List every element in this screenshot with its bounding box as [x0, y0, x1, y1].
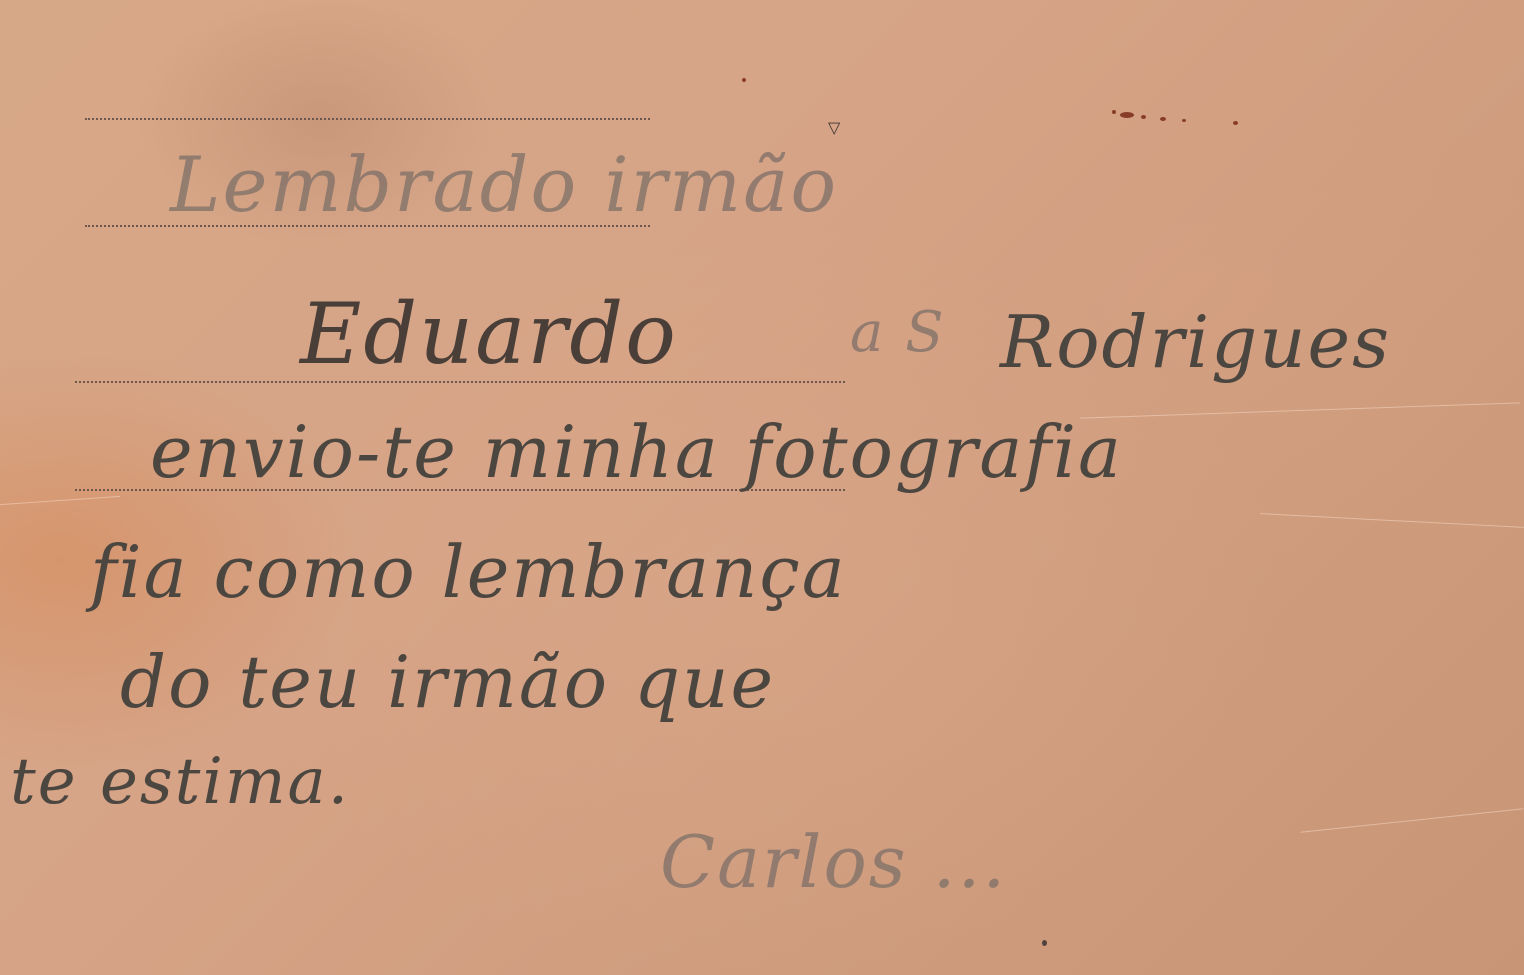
recipient-last-name: Rodrigues: [1000, 300, 1391, 384]
paper-crease: [1080, 402, 1520, 418]
ink-stain: [1120, 112, 1134, 118]
recipient-initial: a S: [850, 300, 946, 365]
ink-stain: [742, 78, 746, 82]
ink-stain: [1182, 119, 1186, 122]
ink-stain: [1141, 115, 1146, 119]
message-line-1: envio-te minha fotografia: [150, 410, 1123, 494]
message-line-3: do teu irmão que: [120, 640, 775, 724]
salutation-text: Lembrado irmão: [170, 140, 838, 229]
ink-stain: [1042, 940, 1047, 946]
message-line-4: te estima.: [10, 745, 350, 819]
ink-stain: [1160, 117, 1166, 121]
paper-crease: [1260, 513, 1524, 528]
address-line-1: [85, 118, 650, 120]
printed-triangle-mark: ▽: [828, 118, 840, 137]
message-line-2: fia como lembrança: [90, 530, 847, 614]
postcard-back: ▽ Lembrado irmão Eduardo a S Rodrigues e…: [0, 0, 1524, 975]
paper-crease: [0, 496, 120, 505]
paper-crease: [1301, 808, 1524, 832]
ink-stain: [1233, 121, 1238, 125]
ink-stain: [1112, 110, 1116, 114]
signature: Carlos ...: [660, 820, 1007, 904]
recipient-first-name: Eduardo: [300, 285, 678, 383]
